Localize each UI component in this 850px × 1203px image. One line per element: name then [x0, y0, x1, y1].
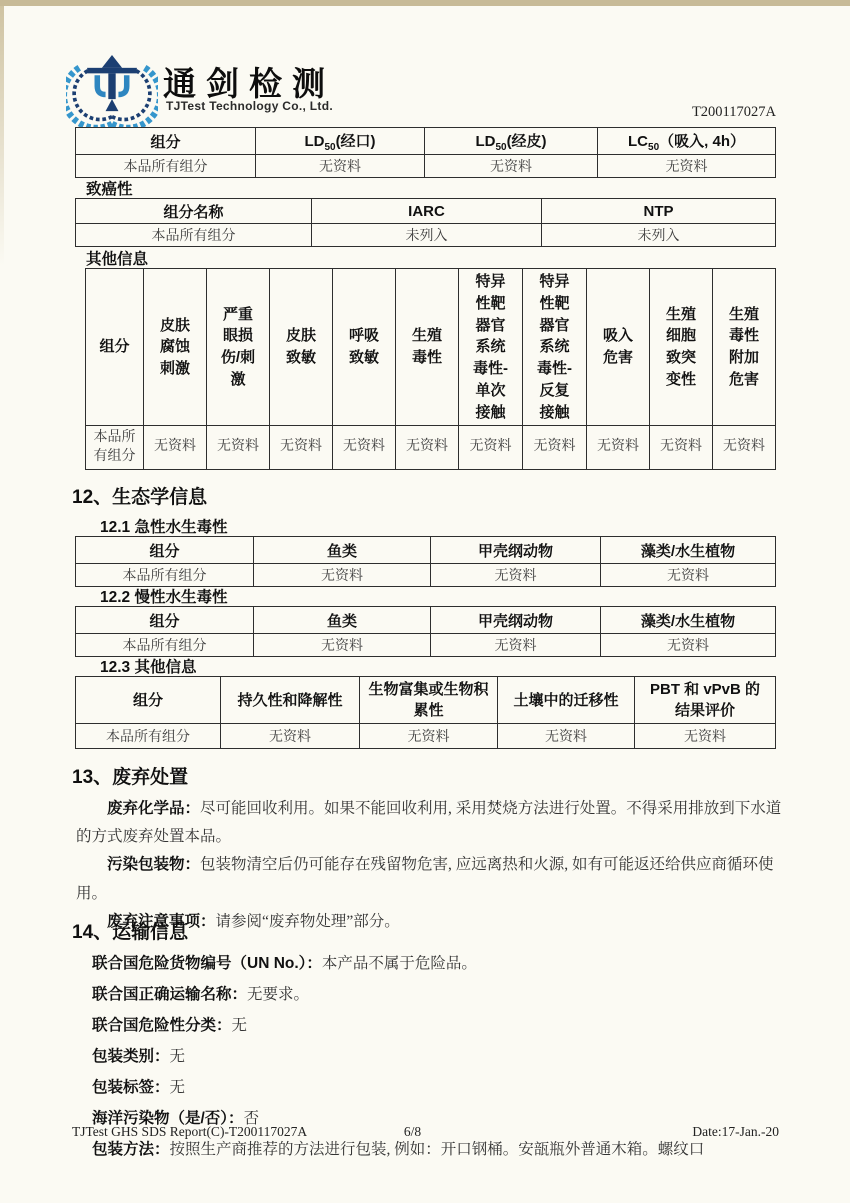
table-row: 本品所有组分 无资料 无资料 无资料	[76, 564, 776, 587]
line-label: 包装类别：	[92, 1048, 170, 1065]
table-header-cell: 特异性靶器官系统毒性-单次接触	[459, 269, 523, 426]
brand-name: 通剑检测	[163, 58, 335, 105]
table-header-cell: 特异性靶器官系统毒性-反复接触	[523, 269, 587, 426]
transport-line: 包装类别：无	[92, 1041, 792, 1072]
table-header-cell: 生殖细胞致突变性	[650, 269, 713, 426]
table-cell: 无资料	[256, 155, 425, 178]
paragraph-label: 污染包装物：	[107, 856, 200, 873]
table-header-cell: LC50（吸入, 4h）	[598, 128, 776, 155]
table-header-cell: 组分	[76, 128, 256, 155]
table-cell: 无资料	[270, 426, 333, 470]
brand-subtitle: TJTest Technology Co., Ltd.	[166, 99, 333, 113]
line-label: 包装标签：	[92, 1079, 170, 1096]
table-cell: 无资料	[425, 155, 598, 178]
line-label: 联合国危险性分类：	[92, 1017, 232, 1034]
line-value: 无	[170, 1079, 186, 1096]
table-header-cell: 严重眼损伤/刺激	[207, 269, 270, 426]
table-header-row: 组分 鱼类 甲壳纲动物 藻类/水生植物	[76, 607, 776, 634]
table-cell: 无资料	[431, 564, 601, 587]
table-cell: 无资料	[254, 564, 431, 587]
table-header-cell: 生殖毒性附加危害	[713, 269, 776, 426]
table-cell: 本品所有组分	[86, 426, 144, 470]
table-header-cell: LD50(经皮)	[425, 128, 598, 155]
table-cell: 无资料	[601, 634, 776, 657]
table-header-cell: 藻类/水生植物	[601, 607, 776, 634]
table-header-cell: 组分	[76, 677, 221, 724]
table-cell: 无资料	[459, 426, 523, 470]
page-footer: TJTest GHS SDS Report(C)-T200117027A 6/8…	[72, 1124, 779, 1140]
eco-other-info-table: 组分 持久性和降解性 生物富集或生物积累性 土壤中的迁移性 PBT 和 vPvB…	[75, 676, 776, 749]
section-13-heading: 13、废弃处置	[72, 762, 188, 789]
line-value: 本产品不属于危险品。	[322, 955, 477, 972]
table-cell: 本品所有组分	[76, 155, 256, 178]
table-row: 本品所有组分 无资料 无资料 无资料 无资料	[76, 724, 776, 749]
report-number: T200117027A	[692, 104, 776, 121]
disposal-paragraph: 污染包装物：包装物清空后仍可能存在残留物危害, 应远离热和火源, 如有可能返还给…	[76, 851, 782, 907]
transport-line: 联合国危险货物编号（UN No.）：本产品不属于危险品。	[92, 948, 792, 979]
table-header-cell: 皮肤腐蚀刺激	[144, 269, 207, 426]
table-cell: 无资料	[333, 426, 396, 470]
disposal-section: 废弃化学品：尽可能回收利用。如果不能回收利用, 采用焚烧方法进行处置。不得采用排…	[76, 795, 784, 936]
table-cell: 无资料	[254, 634, 431, 657]
table-cell: 无资料	[601, 564, 776, 587]
section-14-heading: 14、运输信息	[72, 917, 188, 944]
table-cell: 无资料	[498, 724, 635, 749]
table-row: 本品所有组分 无资料 无资料 无资料	[76, 634, 776, 657]
table-cell: 无资料	[431, 634, 601, 657]
transport-line: 联合国正确运输名称：无要求。	[92, 979, 792, 1010]
section-12-1-heading: 12.1 急性水生毒性	[100, 515, 227, 537]
table-header-cell: 组分名称	[76, 199, 312, 224]
table-header-cell: 组分	[86, 269, 144, 426]
section-12-3-heading: 12.3 其他信息	[100, 655, 196, 677]
chronic-aquatic-toxicity-table: 组分 鱼类 甲壳纲动物 藻类/水生植物 本品所有组分 无资料 无资料 无资料	[75, 606, 776, 657]
table-cell: 无资料	[650, 426, 713, 470]
table-row: 本品所有组分 无资料 无资料 无资料	[76, 155, 776, 178]
table-header-cell: 持久性和降解性	[221, 677, 360, 724]
table-header-cell: 鱼类	[254, 537, 431, 564]
disposal-paragraph: 废弃化学品：尽可能回收利用。如果不能回收利用, 采用焚烧方法进行处置。不得采用排…	[76, 795, 782, 851]
table-cell: 无资料	[713, 426, 776, 470]
carcinogenicity-heading: 致癌性	[86, 177, 133, 199]
transport-line: 包装标签：无	[92, 1072, 792, 1103]
carcinogenicity-table: 组分名称 IARC NTP 本品所有组分 未列入 未列入	[75, 198, 776, 247]
section-12-heading: 12、生态学信息	[72, 482, 207, 509]
table-header-cell: 呼吸致敏	[333, 269, 396, 426]
table-header-cell: 生物富集或生物积累性	[360, 677, 498, 724]
table-header-cell: NTP	[542, 199, 776, 224]
table-header-cell: 吸入危害	[587, 269, 650, 426]
table-row: 本品所有组分 无资料 无资料 无资料 无资料 无资料 无资料 无资料 无资料 无…	[86, 426, 776, 470]
table-cell: 无资料	[207, 426, 270, 470]
table-cell: 本品所有组分	[76, 564, 254, 587]
line-value: 无要求。	[247, 986, 309, 1003]
scan-top-edge	[0, 0, 850, 6]
company-logo-icon	[66, 50, 158, 128]
table-header-cell: 甲壳纲动物	[431, 537, 601, 564]
table-header-row: 组分 LD50(经口) LD50(经皮) LC50（吸入, 4h）	[76, 128, 776, 155]
line-value: 按照生产商推荐的方法进行包装, 例如：开口钢桶。安瓿瓶外普通木箱。螺纹口	[170, 1141, 705, 1158]
table-header-cell: PBT 和 vPvB 的结果评价	[635, 677, 776, 724]
table-header-row: 组分 持久性和降解性 生物富集或生物积累性 土壤中的迁移性 PBT 和 vPvB…	[76, 677, 776, 724]
acute-aquatic-toxicity-table: 组分 鱼类 甲壳纲动物 藻类/水生植物 本品所有组分 无资料 无资料 无资料	[75, 536, 776, 587]
table-header-row: 组分 皮肤腐蚀刺激 严重眼损伤/刺激 皮肤致敏 呼吸致敏 生殖毒性 特异性靶器官…	[86, 269, 776, 426]
section-12-2-heading: 12.2 慢性水生毒性	[100, 585, 227, 607]
table-header-row: 组分 鱼类 甲壳纲动物 藻类/水生植物	[76, 537, 776, 564]
table-header-cell: 生殖毒性	[396, 269, 459, 426]
table-cell: 无资料	[221, 724, 360, 749]
other-info-table: 组分 皮肤腐蚀刺激 严重眼损伤/刺激 皮肤致敏 呼吸致敏 生殖毒性 特异性靶器官…	[85, 268, 776, 470]
table-header-cell: 皮肤致敏	[270, 269, 333, 426]
table-cell: 无资料	[360, 724, 498, 749]
table-header-cell: 组分	[76, 607, 254, 634]
table-cell: 未列入	[542, 224, 776, 247]
table-header-cell: 土壤中的迁移性	[498, 677, 635, 724]
table-cell: 无资料	[587, 426, 650, 470]
scan-left-edge	[0, 6, 4, 266]
table-header-cell: 组分	[76, 537, 254, 564]
table-header-cell: IARC	[312, 199, 542, 224]
table-cell: 无资料	[635, 724, 776, 749]
table-cell: 本品所有组分	[76, 724, 221, 749]
paragraph-text: 请参阅“废弃物处理”部分。	[216, 913, 400, 930]
page-number: 6/8	[72, 1124, 753, 1140]
table-header-row: 组分名称 IARC NTP	[76, 199, 776, 224]
table-header-cell: 鱼类	[254, 607, 431, 634]
acute-toxicity-table: 组分 LD50(经口) LD50(经皮) LC50（吸入, 4h） 本品所有组分…	[75, 127, 776, 178]
line-value: 无	[170, 1048, 186, 1065]
table-cell: 无资料	[523, 426, 587, 470]
line-label: 联合国危险货物编号（UN No.）：	[92, 955, 322, 972]
sds-document-page: 通剑检测 TJTest Technology Co., Ltd. T200117…	[0, 0, 850, 1203]
line-value: 无	[232, 1017, 248, 1034]
table-cell: 本品所有组分	[76, 224, 312, 247]
table-cell: 本品所有组分	[76, 634, 254, 657]
table-cell: 无资料	[144, 426, 207, 470]
transport-line: 联合国危险性分类：无	[92, 1010, 792, 1041]
table-header-cell: LD50(经口)	[256, 128, 425, 155]
line-label: 包装方法：	[92, 1141, 170, 1158]
other-info-heading: 其他信息	[86, 247, 148, 269]
table-cell: 无资料	[396, 426, 459, 470]
table-header-cell: 藻类/水生植物	[601, 537, 776, 564]
table-cell: 无资料	[598, 155, 776, 178]
line-label: 联合国正确运输名称：	[92, 986, 247, 1003]
table-row: 本品所有组分 未列入 未列入	[76, 224, 776, 247]
table-header-cell: 甲壳纲动物	[431, 607, 601, 634]
table-cell: 未列入	[312, 224, 542, 247]
paragraph-label: 废弃化学品：	[107, 800, 200, 817]
